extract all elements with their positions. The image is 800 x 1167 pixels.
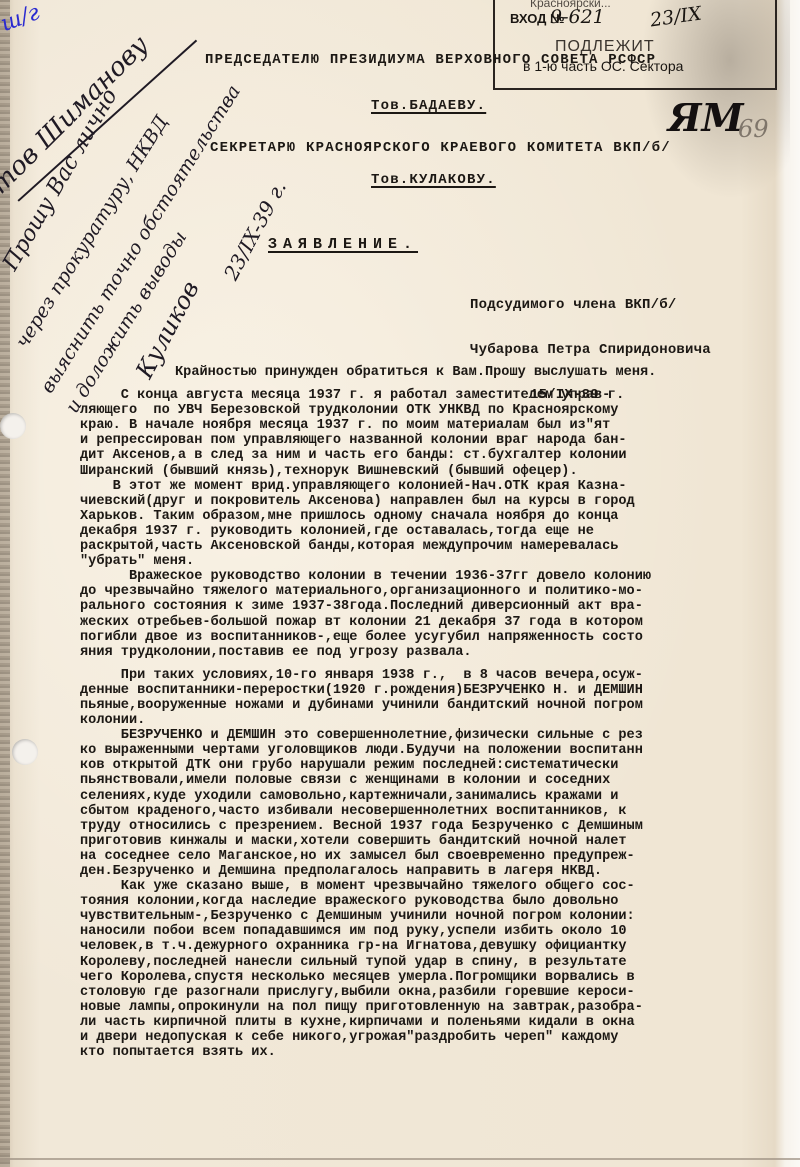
body-line: сбытом краденого,часто избивали несоверш…	[80, 804, 795, 819]
body-line: раскрытой,часть Аксеновской банды,котора…	[80, 539, 795, 554]
body-line: ден.Безрученко и Демшина предполагалось …	[80, 864, 795, 879]
body-line: селениях,куде уходили самовольно,картежн…	[80, 789, 795, 804]
body-line: погибли двое из воспитанников-,еще более…	[80, 630, 795, 645]
archive-page-number: 69	[738, 115, 769, 143]
body-line: столовую где разогнали прислугу,выбили о…	[80, 985, 795, 1000]
body-line: Крайностью принужден обратиться к Вам.Пр…	[80, 365, 795, 380]
body-line: денные воспитанники-переростки(1920 г.ро…	[80, 683, 795, 698]
handwritten-initials: ЯМ	[668, 95, 744, 140]
body-line: При таких условиях,10-го января 1938 г.,…	[80, 668, 795, 683]
resolution-date: 23/IX-39 г.	[219, 177, 291, 284]
document-page: Красноярски... ВХОД № 9-621 23/IX ПОДЛЕЖ…	[0, 0, 800, 1167]
body-line: чувствительным-,Безрученко с Демшиным уч…	[80, 909, 795, 924]
body-line: рального состояния к зиме 1937-38года.По…	[80, 599, 795, 614]
body-line: и репрессирован пом управляющего названн…	[80, 433, 795, 448]
document-title: ЗАЯВЛЕНИЕ.	[268, 236, 418, 253]
body-line: ков открытой ДТК они грубо нарушали режи…	[80, 758, 795, 773]
paragraph-gap	[80, 660, 795, 668]
body-line: С конца августа месяца 1937 г. я работал…	[80, 388, 795, 403]
body-line: Королеву,последней нанесли сильный тупой…	[80, 955, 795, 970]
body-line: яния трудколонии,поставив ее под угрозу …	[80, 645, 795, 660]
punch-hole	[0, 413, 26, 439]
body-line: БЕЗРУЧЕНКО и ДЕМШИН это совершеннолетние…	[80, 728, 795, 743]
addressee-1-name: Тов.БАДАЕВУ.	[371, 98, 486, 114]
body-line: человек,в т.ч.дежурного охранника гр-на …	[80, 939, 795, 954]
body-line: колонии.	[80, 713, 795, 728]
sender-line: Подсудимого члена ВКП/б/	[470, 298, 711, 313]
body-line: приготовив кинжалы и маски,хотели соверш…	[80, 834, 795, 849]
body-line: декабря 1937 г. руководить колонией,где …	[80, 524, 795, 539]
addressee-2-name: Тов.КУЛАКОВУ.	[371, 172, 496, 188]
statement-body: Крайностью принужден обратиться к Вам.Пр…	[80, 365, 795, 1060]
body-line: жеских отребьев-большой пожар вт колонии…	[80, 615, 795, 630]
body-line: Ширанский (бывший князь),технорук Вишнев…	[80, 464, 795, 479]
body-line: и двери недопуская к себе никого,угрожая…	[80, 1030, 795, 1045]
body-line: труду относились с презрением. Весной 19…	[80, 819, 795, 834]
body-line: ляющего по УВЧ Березовской трудколонии О…	[80, 403, 795, 418]
paragraph-gap	[80, 380, 795, 388]
stamp-date: 23/IX	[649, 3, 703, 32]
body-line: "убрать" меня.	[80, 554, 795, 569]
body-line: новые лампы,опрокинули на пол пищу приго…	[80, 1000, 795, 1015]
body-line: ли часть кирпичной плиты в кухне,кирпича…	[80, 1015, 795, 1030]
registration-stamp: Красноярски... ВХОД № 9-621 23/IX ПОДЛЕЖ…	[493, 0, 777, 90]
body-line: краю. В начале ноября месяца 1937 г. по …	[80, 418, 795, 433]
body-line: Харьков. Таким образом,мне пришлось одно…	[80, 509, 795, 524]
page-bottom-edge	[0, 1158, 800, 1160]
body-line: ко выраженными чертами уголовщиков люди.…	[80, 743, 795, 758]
body-line: чего Королева,спустя несколько месяцев у…	[80, 970, 795, 985]
body-line: на соседнее село Маганское,но их замысел…	[80, 849, 795, 864]
body-line: кто попытается взять их.	[80, 1045, 795, 1060]
stamp-incoming-number: 9-621	[550, 6, 605, 28]
punch-hole	[12, 739, 38, 765]
body-line: В этот же момент врид.управляющего колон…	[80, 479, 795, 494]
body-line: тояния колонии,когда наследие вражеского…	[80, 894, 795, 909]
body-line: Как уже сказано выше, в момент чрезвычай…	[80, 879, 795, 894]
body-line: чиевский(друг и покровитель Аксенова) на…	[80, 494, 795, 509]
body-line: пьяные,вооруженные ножами и дубинами учи…	[80, 698, 795, 713]
sender-line: Чубарова Петра Спиридоновича	[470, 343, 711, 358]
addressee-2-position: СЕКРЕТАРЮ КРАСНОЯРСКОГО КРАЕВОГО КОМИТЕТ…	[210, 140, 671, 156]
body-line: пьянствовали,имели половые связи с женщи…	[80, 773, 795, 788]
body-line: до чрезвычайно тяжелого материального,ор…	[80, 584, 795, 599]
body-line: Вражеское руководство колонии в течении …	[80, 569, 795, 584]
addressee-1-position: ПРЕДСЕДАТЕЛЮ ПРЕЗИДИУМА ВЕРХОВНОГО СОВЕТ…	[205, 52, 656, 68]
body-line: дит Аксенов,а в след за ним и часть его …	[80, 448, 795, 463]
body-line: наносили побои всем попадавшимся им под …	[80, 924, 795, 939]
